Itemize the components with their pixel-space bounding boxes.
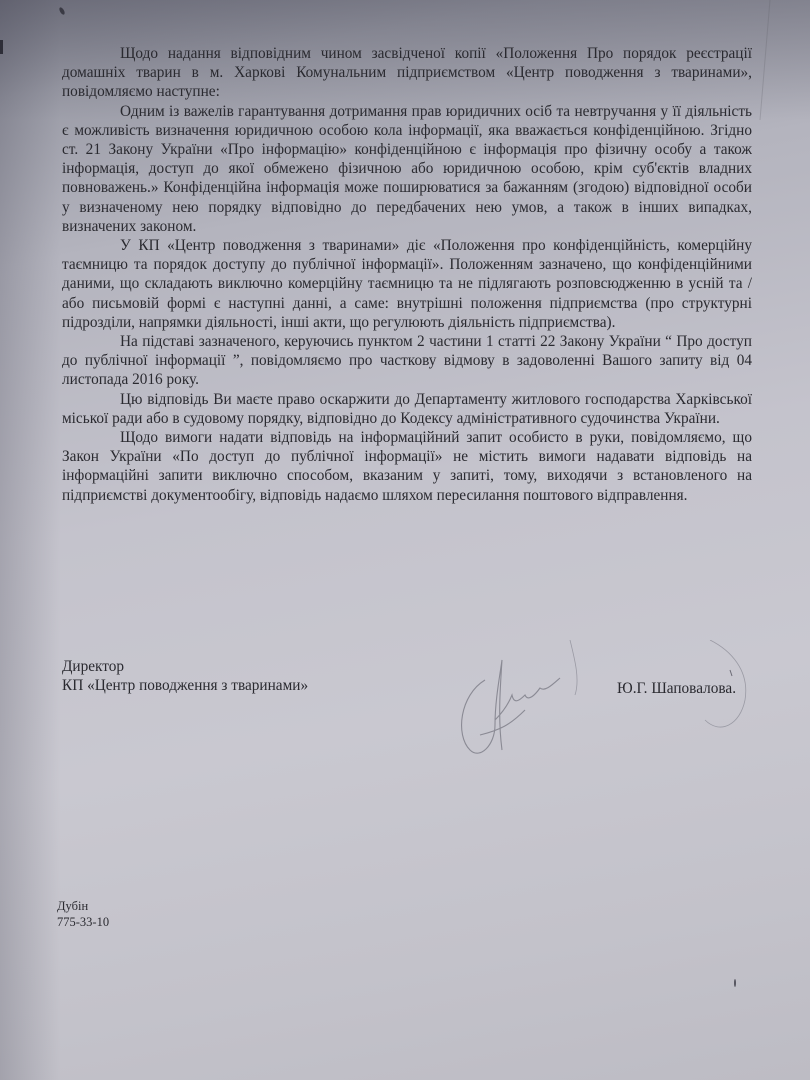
signatory-block: Директор КП «Центр поводження з тваринам… [62, 657, 308, 695]
executor-phone: 775-33-10 [57, 914, 109, 930]
executor-info: Дубін 775-33-10 [57, 898, 109, 930]
paragraph-confidentiality: Одним із важелів гарантування дотримання… [62, 102, 752, 236]
handwritten-signature [440, 640, 590, 770]
paragraph-intro: Щодо надання відповідним чином засвідчен… [62, 44, 752, 102]
photo-shadow-left [0, 0, 60, 1080]
letter-body: Щодо надання відповідним чином засвідчен… [62, 44, 752, 505]
signatory-name: Ю.Г. Шаповалова. [617, 679, 736, 698]
paragraph-regulation: У КП «Центр поводження з тваринами» діє … [62, 236, 752, 332]
signatory-organization: КП «Центр поводження з тваринами» [62, 676, 308, 695]
executor-name: Дубін [57, 898, 109, 914]
paragraph-delivery: Щодо вимоги надати відповідь на інформац… [62, 428, 752, 505]
paragraph-appeal: Цю відповідь Ви маєте право оскаржити до… [62, 390, 752, 428]
signatory-position: Директор [62, 657, 308, 676]
paragraph-refusal: На підставі зазначеного, керуючись пункт… [62, 332, 752, 390]
